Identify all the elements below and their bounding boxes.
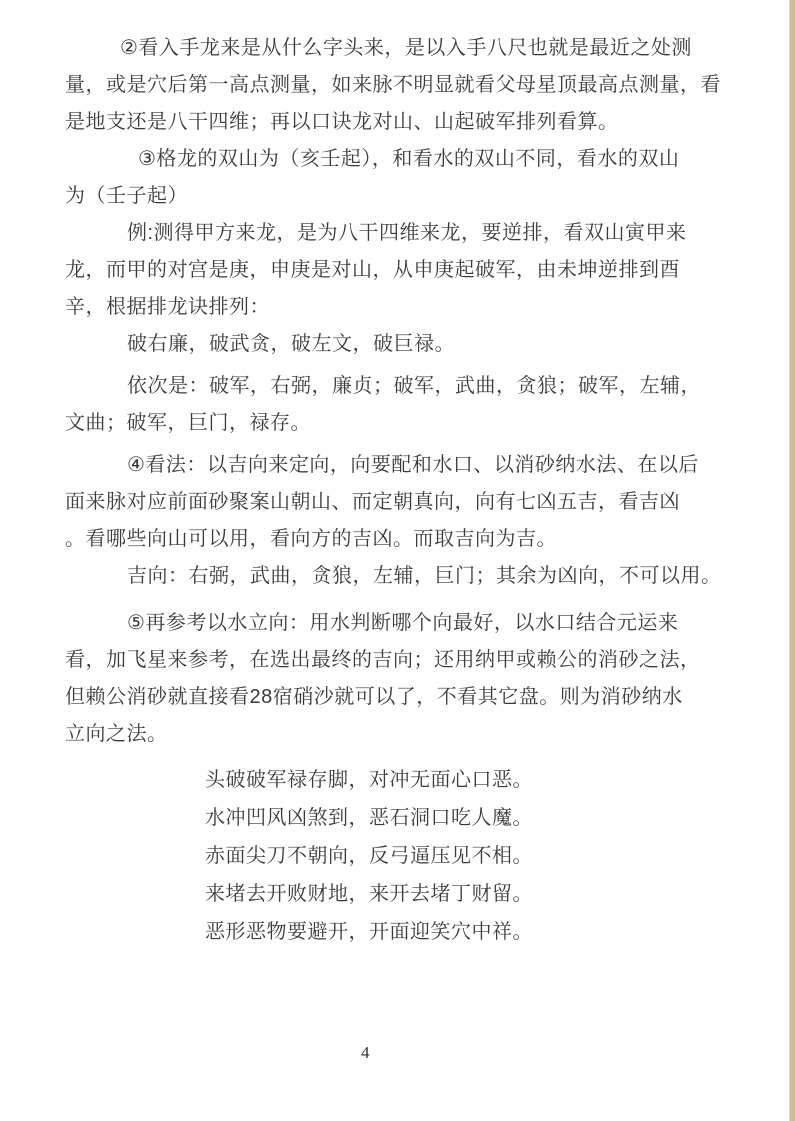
poem-line: 恶形恶物要避开，开面迎笑穴中祥。 [205,913,740,951]
text-line: ③格龙的双山为（亥壬起），和看水的双山不同，看水的双山 [65,141,740,178]
text-line: 但赖公消砂就直接看28宿硝沙就可以了，不看其它盘。则为消砂纳水 [65,679,740,716]
text-line: 。看哪些向山可以用，看向方的吉凶。而取吉向为吉。 [65,521,740,558]
text-line: 看，加飞星来参考，在选出最终的吉向；还用纳甲或赖公的消砂之法， [65,642,740,679]
paragraph-formula-short: 破右廉，破武贪，破左文，破巨禄。 [65,326,740,363]
page-edge-strip [789,0,795,1121]
text-line: 文曲；破军，巨门，禄存。 [65,405,740,442]
paragraph-point-3: ③格龙的双山为（亥壬起），和看水的双山不同，看水的双山 为（壬子起） [65,141,740,215]
document-page: ②看入手龙来是从什么字头来，是以入手八尺也就是最近之处测 量，或是穴后第一高点测… [0,0,795,1121]
poem-line: 来堵去开败财地，来开去堵丁财留。 [205,875,740,913]
text-line: 吉向：右弼，武曲，贪狼，左辅，巨门；其余为凶向，不可以用。 [65,558,740,595]
text-line: 是地支还是八干四维；再以口诀龙对山、山起破军排列看算。 [65,104,740,141]
text-line: 依次是：破军，右弼，廉贞；破军，武曲，贪狼；破军，左辅， [65,368,740,405]
paragraph-auspicious-directions: 吉向：右弼，武曲，贪狼，左辅，巨门；其余为凶向，不可以用。 [65,558,740,595]
text-line: ②看入手龙来是从什么字头来，是以入手八尺也就是最近之处测 [65,30,740,67]
paragraph-example: 例:测得甲方来龙，是为八干四维来龙，要逆排，看双山寅甲来 龙，而甲的对宫是庚，申… [65,215,740,326]
text-line: 为（壬子起） [65,178,740,215]
poem-block: 头破破军禄存脚，对冲无面心口恶。 水冲凹风凶煞到，恶石洞口吃人魔。 赤面尖刀不朝… [65,761,740,951]
text-line: 量，或是穴后第一高点测量，如来脉不明显就看父母星顶最高点测量，看 [65,67,740,104]
paragraph-point-4: ④看法：以吉向来定向，向要配和水口、以消砂纳水法、在以后 面来脉对应前面砂聚案山… [65,447,740,558]
text-line: 辛，根据排龙诀排列： [65,289,740,326]
text-line: 面来脉对应前面砂聚案山朝山、而定朝真向，向有七凶五吉，看吉凶 [65,484,740,521]
text-line: 立向之法。 [65,716,740,753]
paragraph-point-2: ②看入手龙来是从什么字头来，是以入手八尺也就是最近之处测 量，或是穴后第一高点测… [65,30,740,141]
page-number: 4 [65,1043,740,1063]
text-line: 破右廉，破武贪，破左文，破巨禄。 [65,326,740,363]
text-line: ④看法：以吉向来定向，向要配和水口、以消砂纳水法、在以后 [65,447,740,484]
poem-line: 赤面尖刀不朝向，反弓逼压见不相。 [205,837,740,875]
text-line: 龙，而甲的对宫是庚，申庚是对山，从申庚起破军，由未坤逆排到酉 [65,252,740,289]
paragraph-formula-sequence: 依次是：破军，右弼，廉贞；破军，武曲，贪狼；破军，左辅， 文曲；破军，巨门，禄存… [65,368,740,442]
paragraph-point-5: ⑤再参考以水立向：用水判断哪个向最好，以水口结合元运来 看，加飞星来参考，在选出… [65,605,740,753]
text-line: 例:测得甲方来龙，是为八干四维来龙，要逆排，看双山寅甲来 [65,215,740,252]
poem-line: 水冲凹风凶煞到，恶石洞口吃人魔。 [205,799,740,837]
poem-line: 头破破军禄存脚，对冲无面心口恶。 [205,761,740,799]
text-line: ⑤再参考以水立向：用水判断哪个向最好，以水口结合元运来 [65,605,740,642]
